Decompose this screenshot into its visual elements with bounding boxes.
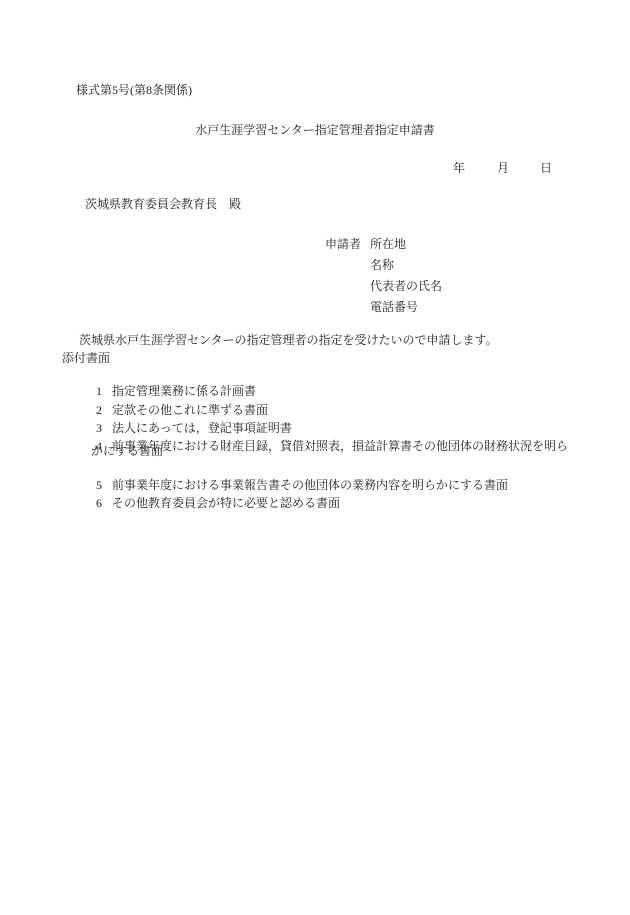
applicant-field-name: 名称 (370, 258, 394, 272)
item-6-number: 6 (96, 496, 112, 510)
date-year-label: 年 (453, 161, 465, 175)
item-6-text: その他教育委員会が特に必要と認める書面 (112, 496, 340, 510)
document-title: 水戸生涯学習センター指定管理者指定申請書 (0, 123, 630, 137)
form-number: 様式第5号(第8条関係) (76, 83, 192, 97)
applicant-field-representative: 代表者の氏名 (370, 279, 442, 293)
attachment-item-4-continuation: かにする書面 (91, 444, 163, 458)
document-page: 様式第5号(第8条関係) 水戸生涯学習センター指定管理者指定申請書 年 月 日 … (0, 0, 630, 915)
date-month-label: 月 (497, 161, 509, 175)
body-sentence: 茨城県水戸生涯学習センターの指定管理者の指定を受けたいので申請します。 (79, 333, 498, 347)
applicant-field-address: 所在地 (370, 237, 406, 251)
applicant-field-phone: 電話番号 (370, 300, 418, 314)
date-day-label: 日 (540, 161, 552, 175)
attachment-item-6: 6その他教育委員会が特に必要と認める書面 (84, 482, 340, 524)
applicant-label: 申請者 (325, 237, 361, 251)
addressee: 茨城県教育委員会教育長 殿 (85, 197, 241, 211)
attachments-heading: 添付書面 (62, 351, 110, 365)
item-4-text-line-1: 前事業年度における財産目録，貸借対照表，損益計算書その他団体の財務状況を明ら (112, 439, 568, 453)
